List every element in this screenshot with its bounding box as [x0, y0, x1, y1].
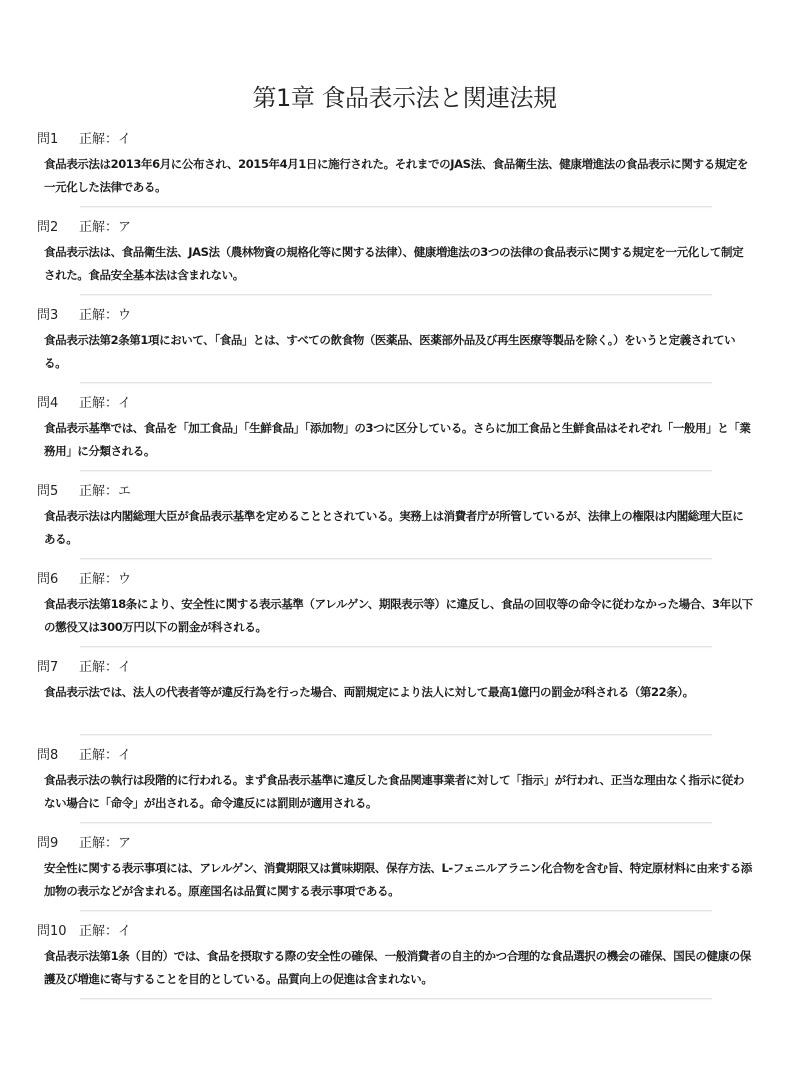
answer-label: 正解： — [79, 836, 118, 851]
answer-label: 正解： — [79, 748, 118, 763]
answer-label: 正解： — [79, 308, 118, 323]
answer-item-1: 問1正解：イ 食品表示法は2013年6月に公布され、2015年4月1日に施行され… — [0, 128, 809, 216]
answer-heading: 問1正解：イ — [37, 128, 131, 147]
explanation-text: 安全性に関する表示事項には、アレルゲン、消費期限又は賞味期限、保存方法、L-フェ… — [44, 857, 754, 903]
question-number: 問4 — [37, 392, 67, 411]
divider — [80, 382, 712, 383]
answer-item-8: 問8正解：イ 食品表示法の執行は段階的に行われる。まず食品表示基準に違反した食品… — [0, 744, 809, 832]
question-number: 問7 — [37, 656, 67, 675]
divider — [80, 206, 712, 207]
divider — [80, 998, 712, 999]
answer-value: ア — [118, 220, 131, 235]
answer-value: ア — [118, 836, 131, 851]
answer-heading: 問6正解：ウ — [37, 568, 131, 587]
question-number: 問10 — [37, 920, 67, 939]
answer-item-9: 問9正解：ア 安全性に関する表示事項には、アレルゲン、消費期限又は賞味期限、保存… — [0, 832, 809, 920]
question-number: 問6 — [37, 568, 67, 587]
answer-value: イ — [118, 396, 131, 411]
explanation-text: 食品表示法は内閣総理大臣が食品表示基準を定めることとされている。実務上は消費者庁… — [44, 505, 754, 551]
question-number: 問2 — [37, 216, 67, 235]
answer-item-7: 問7正解：イ 食品表示法では、法人の代表者等が違反行為を行った場合、両罰規定によ… — [0, 656, 809, 744]
question-number: 問3 — [37, 304, 67, 323]
answer-value: イ — [118, 132, 131, 147]
divider — [80, 734, 712, 735]
divider — [80, 470, 712, 471]
answer-value: イ — [118, 924, 131, 939]
answer-label: 正解： — [79, 924, 118, 939]
explanation-text: 食品表示法では、法人の代表者等が違反行為を行った場合、両罰規定により法人に対して… — [44, 681, 754, 704]
answer-item-5: 問5正解：エ 食品表示法は内閣総理大臣が食品表示基準を定めることとされている。実… — [0, 480, 809, 568]
explanation-text: 食品表示基準では、食品を「加工食品」「生鮮食品」「添加物」の3つに区分している。… — [44, 417, 754, 463]
explanation-text: 食品表示法第1条（目的）では、食品を摂取する際の安全性の確保、一般消費者の自主的… — [44, 945, 754, 991]
answer-value: ウ — [118, 308, 131, 323]
question-number: 問5 — [37, 480, 67, 499]
answer-item-6: 問6正解：ウ 食品表示法第18条により、安全性に関する表示基準（アレルゲン、期限… — [0, 568, 809, 656]
answer-label: 正解： — [79, 220, 118, 235]
answer-item-10: 問10正解：イ 食品表示法第1条（目的）では、食品を摂取する際の安全性の確保、一… — [0, 920, 809, 1008]
explanation-text: 食品表示法は、食品衛生法、JAS法（農林物資の規格化等に関する法律）、健康増進法… — [44, 241, 754, 287]
answer-label: 正解： — [79, 572, 118, 587]
divider — [80, 558, 712, 559]
answer-label: 正解： — [79, 132, 118, 147]
answer-label: 正解： — [79, 484, 118, 499]
answer-heading: 問4正解：イ — [37, 392, 131, 411]
answer-value: イ — [118, 748, 131, 763]
divider — [80, 822, 712, 823]
answer-item-3: 問3正解：ウ 食品表示法第2条第1項において、「食品」とは、すべての飲食物（医薬… — [0, 304, 809, 392]
answer-heading: 問10正解：イ — [37, 920, 131, 939]
answer-heading: 問9正解：ア — [37, 832, 131, 851]
question-number: 問1 — [37, 128, 67, 147]
answer-value: ウ — [118, 572, 131, 587]
answer-heading: 問7正解：イ — [37, 656, 131, 675]
answer-item-2: 問2正解：ア 食品表示法は、食品衛生法、JAS法（農林物資の規格化等に関する法律… — [0, 216, 809, 304]
divider — [80, 646, 712, 647]
answer-item-4: 問4正解：イ 食品表示基準では、食品を「加工食品」「生鮮食品」「添加物」の3つに… — [0, 392, 809, 480]
question-number: 問8 — [37, 744, 67, 763]
answer-heading: 問5正解：エ — [37, 480, 131, 499]
question-number: 問9 — [37, 832, 67, 851]
explanation-text: 食品表示法の執行は段階的に行われる。まず食品表示基準に違反した食品関連事業者に対… — [44, 769, 754, 815]
divider — [80, 294, 712, 295]
answer-list: 問1正解：イ 食品表示法は2013年6月に公布され、2015年4月1日に施行され… — [0, 128, 809, 1008]
explanation-text: 食品表示法第2条第1項において、「食品」とは、すべての飲食物（医薬品、医薬部外品… — [44, 329, 754, 375]
answer-label: 正解： — [79, 396, 118, 411]
explanation-text: 食品表示法は2013年6月に公布され、2015年4月1日に施行された。それまでの… — [44, 153, 754, 199]
answer-heading: 問2正解：ア — [37, 216, 131, 235]
answer-label: 正解： — [79, 660, 118, 675]
divider — [80, 910, 712, 911]
page-title: 第1章 食品表示法と関連法規 — [0, 78, 809, 113]
answer-value: エ — [118, 484, 131, 499]
answer-value: イ — [118, 660, 131, 675]
answer-heading: 問3正解：ウ — [37, 304, 131, 323]
answer-heading: 問8正解：イ — [37, 744, 131, 763]
explanation-text: 食品表示法第18条により、安全性に関する表示基準（アレルゲン、期限表示等）に違反… — [44, 593, 754, 639]
